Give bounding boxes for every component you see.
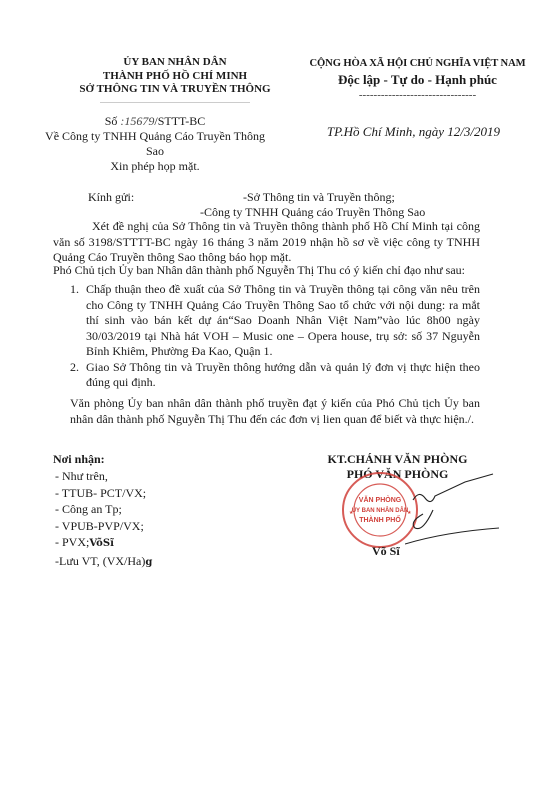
document-number-prefix: Số — [105, 114, 121, 128]
document-date: TP.Hồ Chí Minh, ngày 12/3/2019 — [320, 124, 540, 140]
recipient-item: - VPUB-PVP/VX; — [55, 518, 152, 535]
svg-text:VĂN PHÒNG: VĂN PHÒNG — [359, 495, 402, 504]
recipient-item-tail: g — [145, 557, 152, 568]
addressee-2: -Công ty TNHH Quảng cáo Truyền Thông Sao — [200, 205, 425, 220]
svg-text:★: ★ — [349, 510, 354, 516]
svg-text:ỦY BAN NHÂN DÂN: ỦY BAN NHÂN DÂN — [352, 507, 409, 514]
directive-item-text: Giao Sở Thông tin và Truyền thông hướng … — [86, 360, 480, 390]
issuing-agency-header: ỦY BAN NHÂN DÂN THÀNH PHỐ HỒ CHÍ MINH SỞ… — [60, 56, 290, 103]
recipient-item-text: - PVX; — [55, 535, 89, 549]
document-number: Số :15679/STTT-BC — [40, 114, 270, 129]
motto-divider: -------------------------------- — [295, 89, 540, 101]
recipient-item: - Công an Tp; — [55, 501, 152, 518]
national-motto-header: CỘNG HÒA XÃ HỘI CHỦ NGHĨA VIỆT NAM Độc l… — [295, 58, 540, 101]
recipient-item: - PVX;VõSĩ — [55, 534, 152, 553]
signer-name: Võ Sĩ — [372, 544, 400, 559]
subject-line-1: Về Công ty TNHH Quảng Cáo Truyền Thông S… — [40, 129, 270, 159]
recipient-item: - Như trên, — [55, 468, 152, 485]
handwritten-signature-icon — [405, 470, 505, 550]
recipient-item: -Lưu VT, (VX/Ha)g — [55, 553, 152, 572]
recipient-item-tail: VõSĩ — [89, 538, 114, 549]
motto: Độc lập - Tự do - Hạnh phúc — [295, 72, 540, 88]
agency-line-1: ỦY BAN NHÂN DÂN — [60, 56, 290, 70]
directive-item: 1. Chấp thuận theo đề xuất của Sở Thông … — [70, 282, 480, 360]
addressee-label: Kính gửi: — [88, 190, 134, 205]
directive-list: 1. Chấp thuận theo đề xuất của Sở Thông … — [70, 282, 480, 391]
body-paragraph-1: Xét đề nghị của Sở Thông tin và Truyền t… — [53, 219, 480, 266]
recipient-item-text: -Lưu VT, (VX/Ha) — [55, 554, 145, 568]
subject-line-2: Xin phép họp mặt. — [40, 159, 270, 174]
recipients-title: Nơi nhận: — [53, 452, 105, 467]
directive-item: 2. Giao Sở Thông tin và Truyền thông hướ… — [70, 360, 480, 391]
document-reference: Số :15679/STTT-BC Về Công ty TNHH Quảng … — [40, 114, 270, 174]
country-name: CỘNG HÒA XÃ HỘI CHỦ NGHĨA VIỆT NAM — [295, 58, 540, 69]
agency-line-3: SỞ THÔNG TIN VÀ TRUYỀN THÔNG — [60, 83, 290, 97]
directive-item-number: 2. — [70, 360, 79, 376]
document-number-suffix: /STTT-BC — [154, 114, 205, 128]
body-paragraph-2: Phó Chủ tịch Ủy ban Nhân dân thành phố N… — [53, 263, 480, 279]
body-paragraph-3: Văn phòng Ủy ban nhân dân thành phố truy… — [70, 396, 480, 427]
recipient-item: - TTUB- PCT/VX; — [55, 485, 152, 502]
agency-line-2: THÀNH PHỐ HỒ CHÍ MINH — [60, 70, 290, 84]
directive-item-number: 1. — [70, 282, 79, 298]
document-number-handwritten: :15679 — [120, 114, 154, 128]
signature-title-line-1: KT.CHÁNH VĂN PHÒNG — [310, 452, 485, 467]
recipients-list: - Như trên, - TTUB- PCT/VX; - Công an Tp… — [55, 468, 152, 571]
addressee-1: -Sở Thông tin và Truyền thông; — [243, 190, 395, 205]
header-divider — [100, 102, 250, 103]
svg-text:THÀNH PHỐ: THÀNH PHỐ — [359, 514, 401, 524]
directive-item-text: Chấp thuận theo đề xuất của Sở Thông tin… — [86, 282, 480, 358]
